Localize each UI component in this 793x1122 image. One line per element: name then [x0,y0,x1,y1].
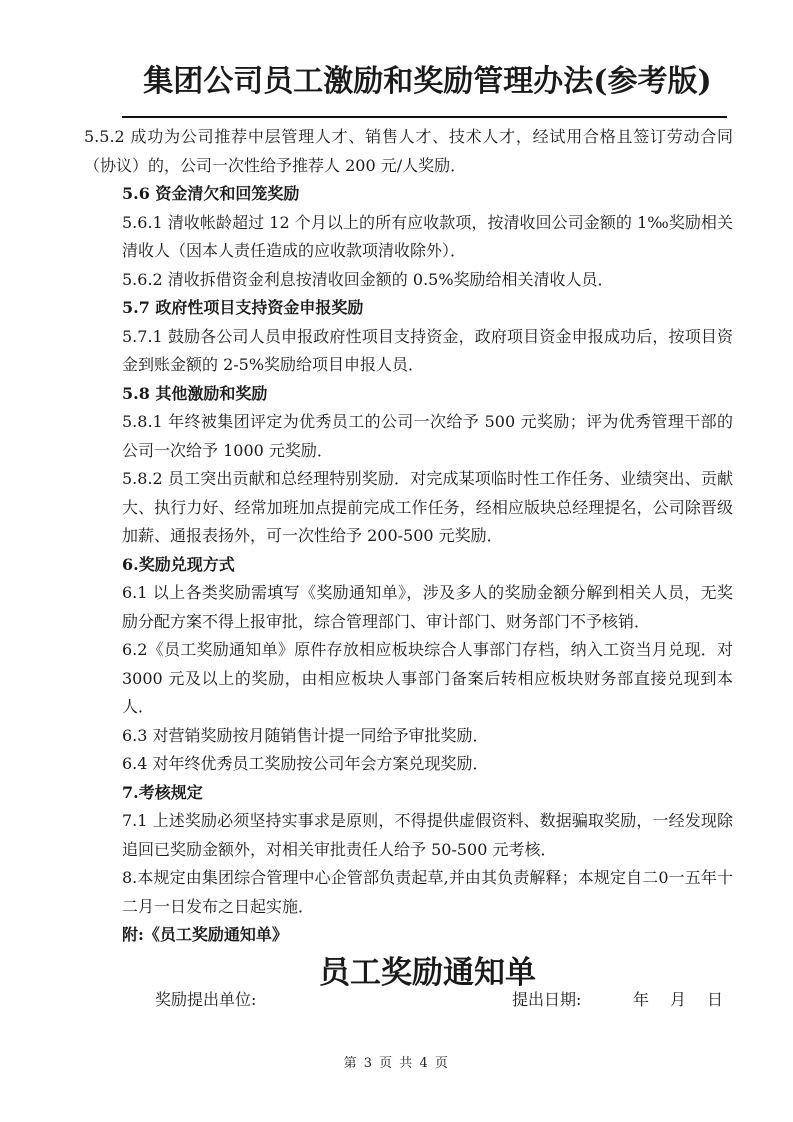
paragraph-7-1: 7.1 上述奖励必须坚持实事求是原则，不得提供虚假资料、数据骗取奖励，一经发现除… [122,807,733,864]
page-footer: 第 3 页 共 4 页 [0,1055,793,1073]
document-content: 集团公司员工激励和奖励管理办法(参考版) 5.5.2 成功为公司推荐中层管理人才… [122,0,733,993]
proposer-unit-label: 奖励提出单位: [155,985,256,1014]
paragraph-5-6-2: 5.6.2 清收拆借资金利息按清收回金额的 0.5%奖励给相关清收人员． [122,266,733,295]
section-heading-7: 7.考核规定 [122,779,733,808]
paragraph-6-2: 6.2《员工奖励通知单》原件存放相应板块综合人事部门存档，纳入工资当月兑现．对 … [122,636,733,722]
section-heading-5-7: 5.7 政府性项目支持资金申报奖励 [122,294,733,323]
attachment-note: 附:《员工奖励通知单》 [122,921,733,950]
paragraph-6-1: 6.1 以上各类奖励需填写《奖励通知单》，涉及多人的奖励金额分解到相关人员，无奖… [122,579,733,636]
paragraph-5-6-1: 5.6.1 清收帐龄超过 12 个月以上的所有应收款项，按清收回公司金额的 1‰… [122,209,733,266]
title-divider [122,116,727,118]
paragraph-6-4: 6.4 对年终优秀员工奖励按公司年会方案兑现奖励． [122,750,733,779]
section-heading-5-6: 5.6 资金清欠和回笼奖励 [122,180,733,209]
paragraph-5-8-1: 5.8.1 年终被集团评定为优秀员工的公司一次给予 500 元奖励；评为优秀管理… [122,408,733,465]
day-label: 日 [707,985,723,1014]
document-page: 集团公司员工激励和奖励管理办法(参考版) 5.5.2 成功为公司推荐中层管理人才… [0,0,793,1122]
section-heading-6: 6.奖励兑现方式 [122,551,733,580]
paragraph-8: 8.本规定由集团综合管理中心企管部负责起草,并由其负责解释；本规定自二0一五年十… [122,864,733,921]
propose-date-label: 提出日期: [512,985,581,1014]
year-label: 年 [633,985,649,1014]
month-label: 月 [670,985,686,1014]
notice-form-header-row: 奖励提出单位: 提出日期: 年 月 日 [0,985,793,1014]
document-title: 集团公司员工激励和奖励管理办法(参考版) [122,0,733,102]
paragraph-5-8-2: 5.8.2 员工突出贡献和总经理特别奖励．对完成某项临时性工作任务、业绩突出、贡… [122,465,733,551]
paragraph-5-5-2: 5.5.2 成功为公司推荐中层管理人才、销售人才、技术人才，经试用合格且签订劳动… [84,123,733,180]
paragraph-6-3: 6.3 对营销奖励按月随销售计提一同给予审批奖励． [122,722,733,751]
section-heading-5-8: 5.8 其他激励和奖励 [122,380,733,409]
document-body: 5.5.2 成功为公司推荐中层管理人才、销售人才、技术人才，经试用合格且签订劳动… [122,123,733,950]
paragraph-5-7-1: 5.7.1 鼓励各公司人员申报政府性项目支持资金，政府项目资金申报成功后，按项目… [122,323,733,380]
